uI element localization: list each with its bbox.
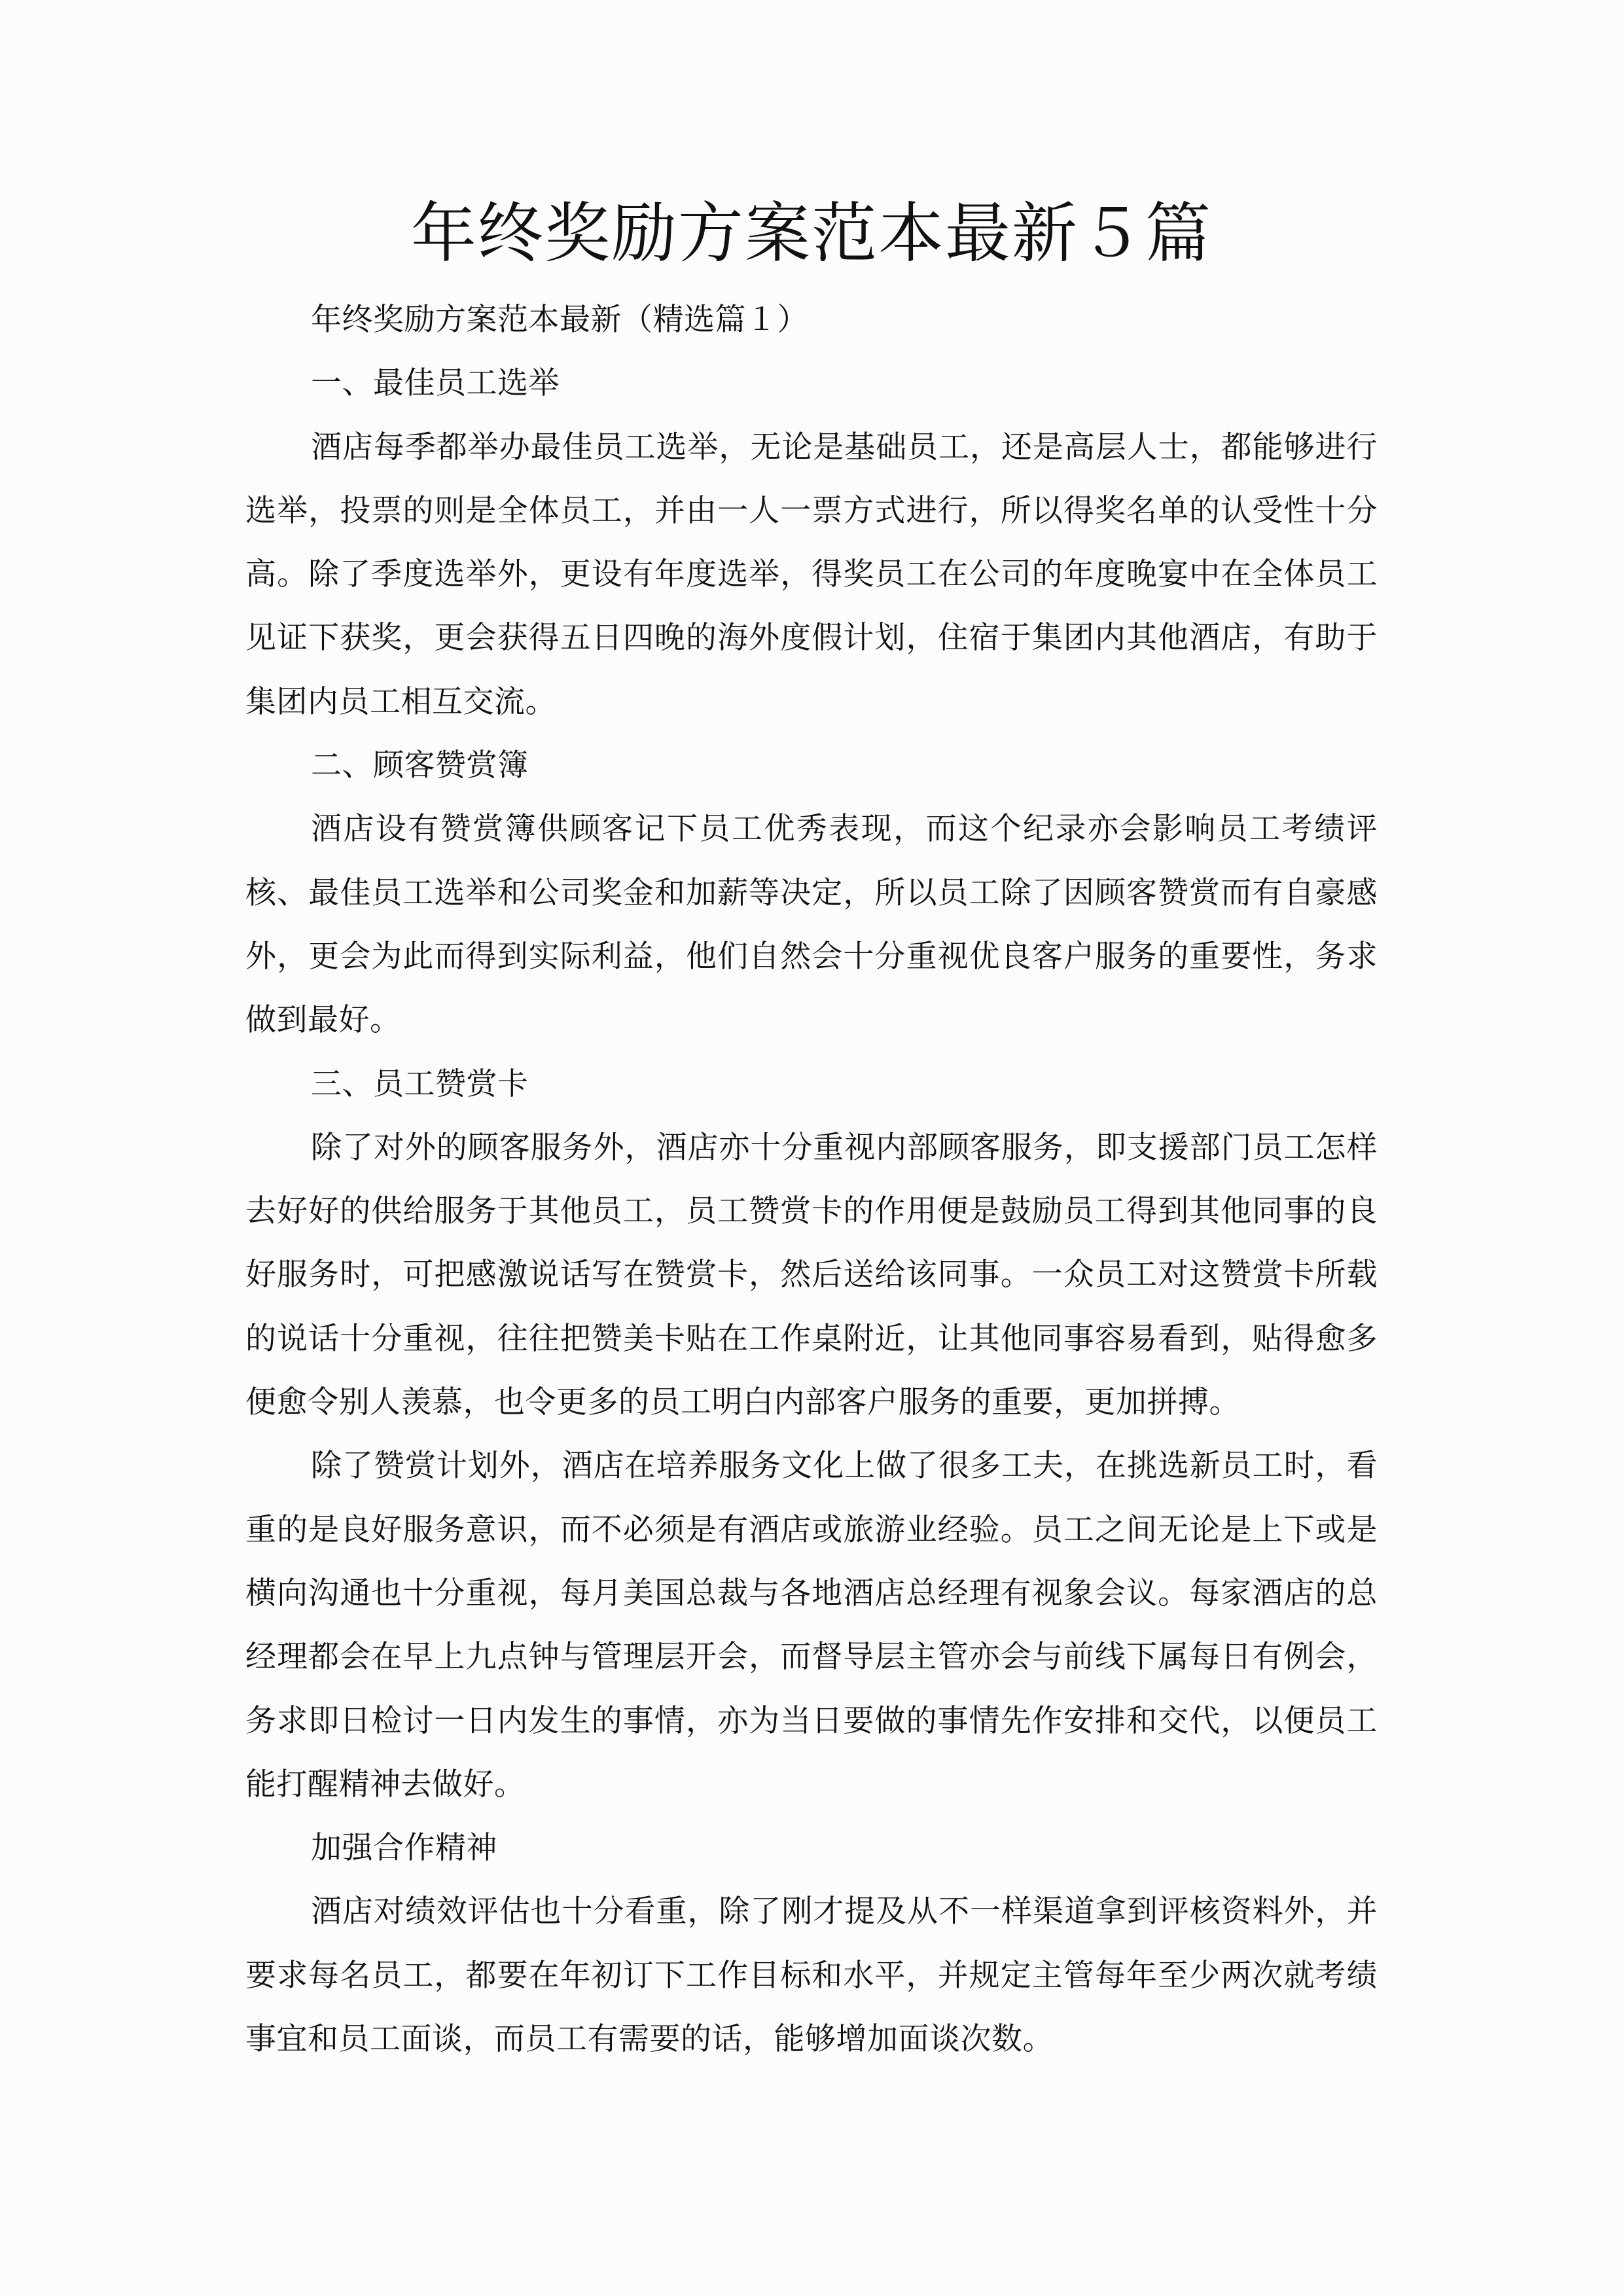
- paragraph-performance-review: 酒店对绩效评估也十分看重，除了刚才提及从不一样渠道拿到评核资料外，并要求每名员工…: [245, 1880, 1378, 2071]
- heading-teamwork: 加强合作精神: [245, 1816, 1378, 1880]
- paragraph-best-employee: 酒店每季都举办最佳员工选举，无论是基础员工，还是高层人士，都能够进行选举，投票的…: [245, 416, 1378, 734]
- section-title: 年终奖励方案范本最新（精选篇１）: [245, 288, 1378, 351]
- paragraph-employee-praise-card: 除了对外的顾客服务外，酒店亦十分重视内部顾客服务，即支援部门员工怎样去好好的供给…: [245, 1116, 1378, 1434]
- heading-customer-praise-book: 二、顾客赞赏簿: [245, 734, 1378, 797]
- paragraph-service-culture: 除了赞赏计划外，酒店在培养服务文化上做了很多工夫，在挑选新员工时，看重的是良好服…: [245, 1434, 1378, 1816]
- heading-employee-praise-card: 三、员工赞赏卡: [245, 1052, 1378, 1116]
- document-page: 年终奖励方案范本最新５篇 年终奖励方案范本最新（精选篇１） 一、最佳员工选举 酒…: [0, 0, 1623, 2296]
- paragraph-customer-praise-book: 酒店设有赞赏簿供顾客记下员工优秀表现，而这个纪录亦会影响员工考绩评核、最佳员工选…: [245, 797, 1378, 1052]
- heading-best-employee: 一、最佳员工选举: [245, 351, 1378, 415]
- document-body: 年终奖励方案范本最新（精选篇１） 一、最佳员工选举 酒店每季都举办最佳员工选举，…: [245, 288, 1378, 2071]
- document-title: 年终奖励方案范本最新５篇: [0, 191, 1623, 276]
